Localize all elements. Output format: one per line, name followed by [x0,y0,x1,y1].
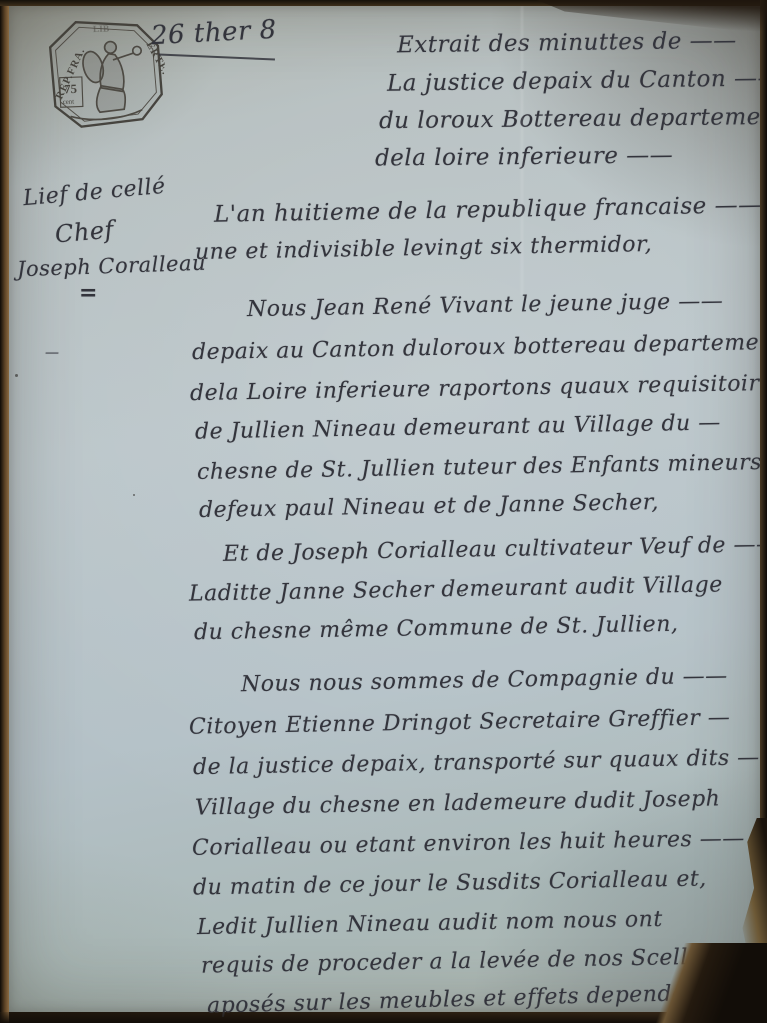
body-line: L'an huitieme de la republique francaise… [214,194,762,227]
body-line: Village du chesne en lademeure dudit Jos… [195,788,721,819]
ink-speck [15,374,18,377]
margin-note: Lief de cellé [22,176,166,210]
margin-note: Chef [54,217,115,246]
header-line: du loroux Bottereau departement [379,106,767,133]
body-line: Corialleau ou etant environ les huit heu… [192,828,745,860]
body-line: du chesne même Commune de St. Jullien, [194,614,679,644]
body-line: de la justice depaix, transporté sur qua… [193,747,767,779]
fiscal-stamp: 75 cent REP.FRA. LIB ERTE. [43,16,167,132]
body-line: une et indivisible levingt six thermidor… [195,234,652,264]
photo-edge-right [760,0,767,1023]
body-line: Citoyen Etienne Dringot Secretaire Greff… [189,707,731,738]
body-line: chesne de St. Jullien tuteur des Enfants… [197,452,762,484]
photo-background: 75 cent REP.FRA. LIB ERTE. 26 ther 8 Ext… [0,0,767,1023]
body-line: dela Loire inferieure raportons quaux re… [190,373,767,405]
body-line: de Jullien Nineau demeurant au Village d… [195,412,721,443]
header-line: Extrait des minuttes de —— [397,30,737,58]
header-line: dela loire inferieure —— [375,144,673,170]
body-line: Nous nous sommes de Compagnie du —— [241,666,728,696]
margin-note: = [79,282,98,304]
body-line: Laditte Janne Secher demeurant audit Vil… [189,574,723,605]
body-line: requis de proceder a la levée de nos Sce… [201,946,727,977]
date-annotation: 26 ther 8 [150,17,277,50]
body-line: aposés sur les meubles et effets dependa… [207,982,722,1017]
photo-edge-left [0,0,9,1023]
body-line: Nous Jean René Vivant le jeune juge —— [247,291,724,321]
body-line: defeux paul Nineau et de Janne Secher, [199,492,659,522]
ink-speck [133,494,135,496]
header-line: La justice depaix du Canton —— [387,67,767,95]
body-line: Ledit Jullien Nineau audit nom nous ont [197,909,663,939]
margin-note: — [45,346,60,360]
body-line: du matin de ce jour le Susdits Coriallea… [193,869,707,900]
body-line: depaix au Canton duloroux bottereau depa… [192,332,767,364]
document-page: 75 cent REP.FRA. LIB ERTE. 26 ther 8 Ext… [9,6,760,1012]
stamp-top-text: LIB [93,25,110,36]
body-line: Et de Joseph Corialleau cultivateur Veuf… [223,534,767,566]
ink-speck [461,592,463,594]
date-underline [159,53,275,60]
margin-note: Joseph Coralleau [17,253,207,281]
